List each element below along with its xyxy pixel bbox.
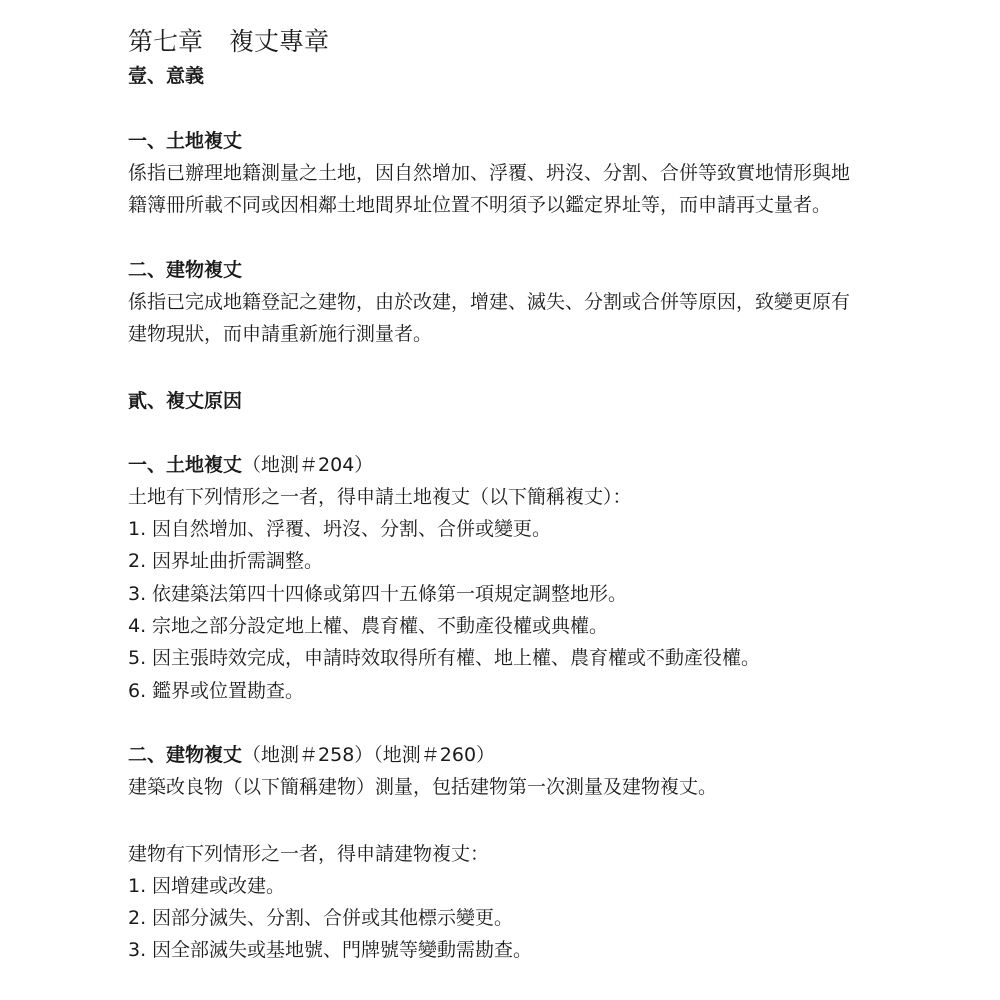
subheading-building-resurvey: 二、建物複丈（地測＃258）（地測＃260） [128,743,495,767]
list-item: 2.因部分滅失、分割、合併或其他標示變更。 [128,906,513,930]
list-item: 6.鑑界或位置勘查。 [128,679,304,703]
subheading-building-survey: 二、建物複丈 [128,258,242,282]
list-item: 2.因界址曲折需調整。 [128,549,323,573]
building-definition: 建築改良物（以下簡稱建物）測量，包括建物第一次測量及建物複丈。 [128,775,717,799]
list-item: 3.因全部滅失或基地號、門牌號等變動需勘查。 [128,938,532,962]
list-item: 1.因增建或改建。 [128,874,285,898]
section-heading-reasons: 貳、複丈原因 [128,389,242,413]
section-heading-meaning: 壹、意義 [128,64,204,88]
subheading-land-survey: 一、土地複丈 [128,129,242,153]
paragraph-line: 係指已完成地籍登記之建物，由於改建，增建、滅失、分割或合併等原因，致變更原有 [128,290,850,314]
reference-code: （地測＃204） [242,454,373,476]
paragraph-line: 籍簿冊所載不同或因相鄰土地間界址位置不明須予以鑑定界址等，而申請再丈量者。 [128,193,831,217]
chapter-name: 複丈專章 [229,27,329,56]
list-item: 1.因自然增加、浮覆、坍沒、分割、合併或變更。 [128,517,551,541]
list-item: 4.宗地之部分設定地上權、農育權、不動產役權或典權。 [128,614,608,638]
paragraph-line: 係指已辦理地籍測量之土地，因自然增加、浮覆、坍沒、分割、合併等致實地情形與地 [128,161,850,185]
list-item: 3.依建築法第四十四條或第四十五條第一項規定調整地形。 [128,582,627,606]
paragraph-line: 建物現狀，而申請重新施行測量者。 [128,322,432,346]
subheading-land-resurvey: 一、土地複丈（地測＃204） [128,453,373,477]
list-item: 5.因主張時效完成，申請時效取得所有權、地上權、農育權或不動產役權。 [128,646,760,670]
chapter-title: 第七章複丈專章 [128,27,329,57]
land-intro: 土地有下列情形之一者，得申請土地複丈（以下簡稱複丈）： [128,485,632,509]
reference-code: （地測＃258）（地測＃260） [242,744,495,766]
chapter-number: 第七章 [128,27,203,56]
building-intro: 建物有下列情形之一者，得申請建物複丈： [128,842,489,866]
